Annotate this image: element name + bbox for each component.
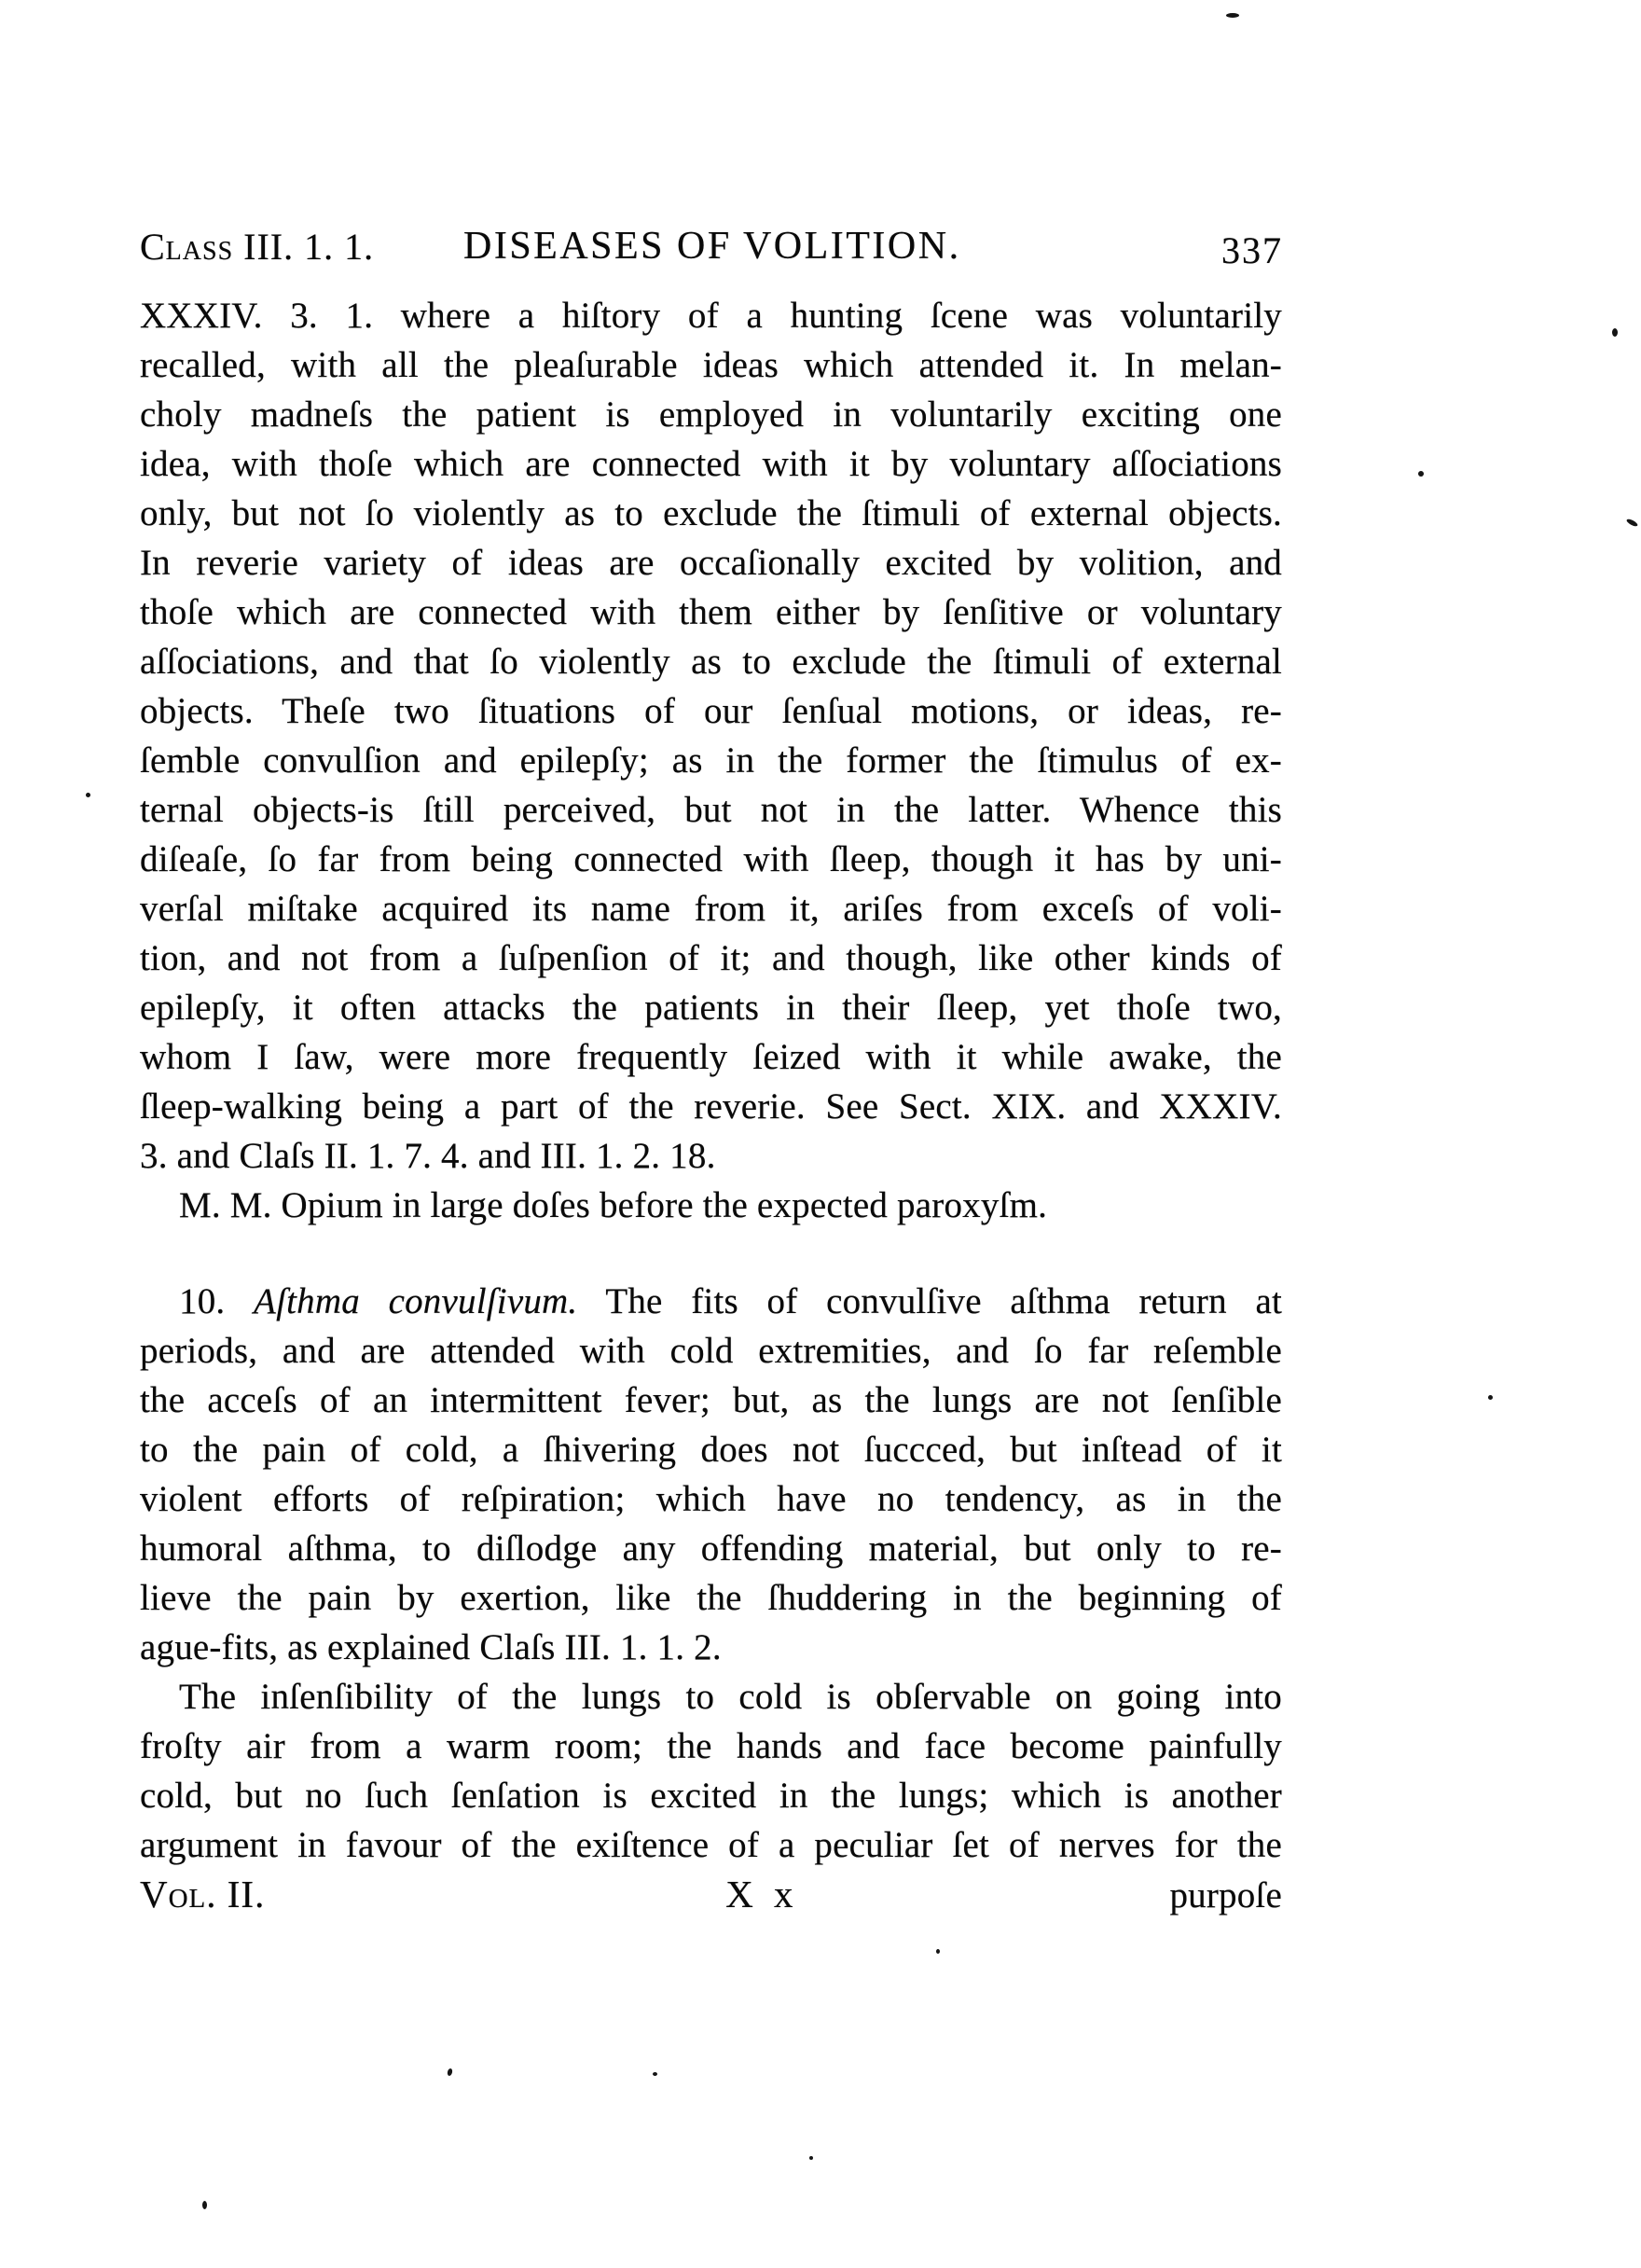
text-line: recalled, with all the pleaſurable ideas…: [140, 340, 1282, 390]
ink-speck: [1612, 328, 1618, 337]
text-line: epilepſy, it often attacks the patients …: [140, 983, 1282, 1032]
ink-speck: [86, 793, 90, 797]
text-line: choly madneſs the patient is employed in…: [140, 390, 1282, 439]
text-line: ſleep-walking being a part of the reveri…: [140, 1082, 1282, 1131]
text-line-species-heading: 10. Aſthma convulſivum. The fits of conv…: [140, 1277, 1282, 1326]
text-line: tion, and not from a ſuſpenſion of it; a…: [140, 933, 1282, 983]
catchword: purpoſe: [1169, 1871, 1282, 1920]
text-line: only, but not ſo violently as to exclude…: [140, 489, 1282, 538]
text-line: lieve the pain by exertion, like the ſhu…: [140, 1573, 1282, 1623]
ink-speck: [653, 2072, 657, 2076]
text-line: verſal miſtake acquired its name from it…: [140, 884, 1282, 933]
header-class-ref: Class III. 1. 1.: [140, 227, 374, 268]
ink-speck: [1626, 518, 1639, 528]
text-line: idea, with thoſe which are connected wit…: [140, 439, 1282, 489]
text-line-materia-medica: M. M. Opium in large doſes before the ex…: [140, 1181, 1282, 1230]
text-line: ternal objects-is ſtill perceived, but n…: [140, 785, 1282, 835]
text-line: ſemble convulſion and epilepſy; as in th…: [140, 736, 1282, 785]
text-line: ague-fits, as explained Claſs III. 1. 1.…: [140, 1623, 1282, 1672]
ink-speck: [202, 2201, 207, 2209]
header-title: DISEASES OF VOLITION.: [463, 225, 961, 268]
ink-speck: [1488, 1395, 1493, 1400]
text-line: aſſociations, and that ſo violently as t…: [140, 637, 1282, 686]
text-line: XXXIV. 3. 1. where a hiſtory of a huntin…: [140, 291, 1282, 340]
section-gap: [140, 1230, 1282, 1277]
text-line: cold, but no ſuch ſenſation is excited i…: [140, 1771, 1282, 1820]
signature-mark: X x: [725, 1870, 798, 1919]
text-line: In reverie variety of ideas are occaſion…: [140, 538, 1282, 588]
species-line-rest: The fits of convulſive aſthma return at: [577, 1281, 1282, 1321]
text-line: 3. and Claſs II. 1. 7. 4. and III. 1. 2.…: [140, 1131, 1282, 1181]
text-line: thoſe which are connected with them eith…: [140, 588, 1282, 637]
footer-volume: Vol. II.: [140, 1870, 265, 1919]
text-line: humoral aſthma, to diſlodge any offendin…: [140, 1524, 1282, 1573]
text-line: diſeaſe, ſo far from being connected wit…: [140, 835, 1282, 884]
text-line: froſty air from a warm room; the hands a…: [140, 1722, 1282, 1771]
ink-speck: [809, 2156, 813, 2160]
ink-speck: [447, 2067, 453, 2076]
page-number: 337: [1221, 230, 1283, 271]
ink-speck: [1226, 13, 1239, 18]
species-name-italic: Aſthma convulſivum.: [254, 1281, 577, 1321]
text-line: the acceſs of an intermittent fever; but…: [140, 1376, 1282, 1425]
text-line: objects. Theſe two ſituations of our ſen…: [140, 686, 1282, 736]
text-line: periods, and are attended with cold extr…: [140, 1326, 1282, 1376]
signature-line: Vol. II. X x purpoſe: [140, 1870, 1282, 1919]
text-line: argument in favour of the exiſtence of a…: [140, 1820, 1282, 1870]
text-line: The inſenſibility of the lungs to cold i…: [140, 1672, 1282, 1722]
text-line: to the pain of cold, a ſhivering does no…: [140, 1425, 1282, 1474]
text-line: whom I ſaw, were more frequently ſeized …: [140, 1032, 1282, 1082]
ink-speck: [1418, 471, 1424, 477]
text-line: violent efforts of reſpiration; which ha…: [140, 1474, 1282, 1524]
ink-speck: [936, 1949, 940, 1954]
page-text-block: XXXIV. 3. 1. where a hiſtory of a huntin…: [140, 291, 1282, 1919]
species-number: 10.: [179, 1281, 254, 1321]
